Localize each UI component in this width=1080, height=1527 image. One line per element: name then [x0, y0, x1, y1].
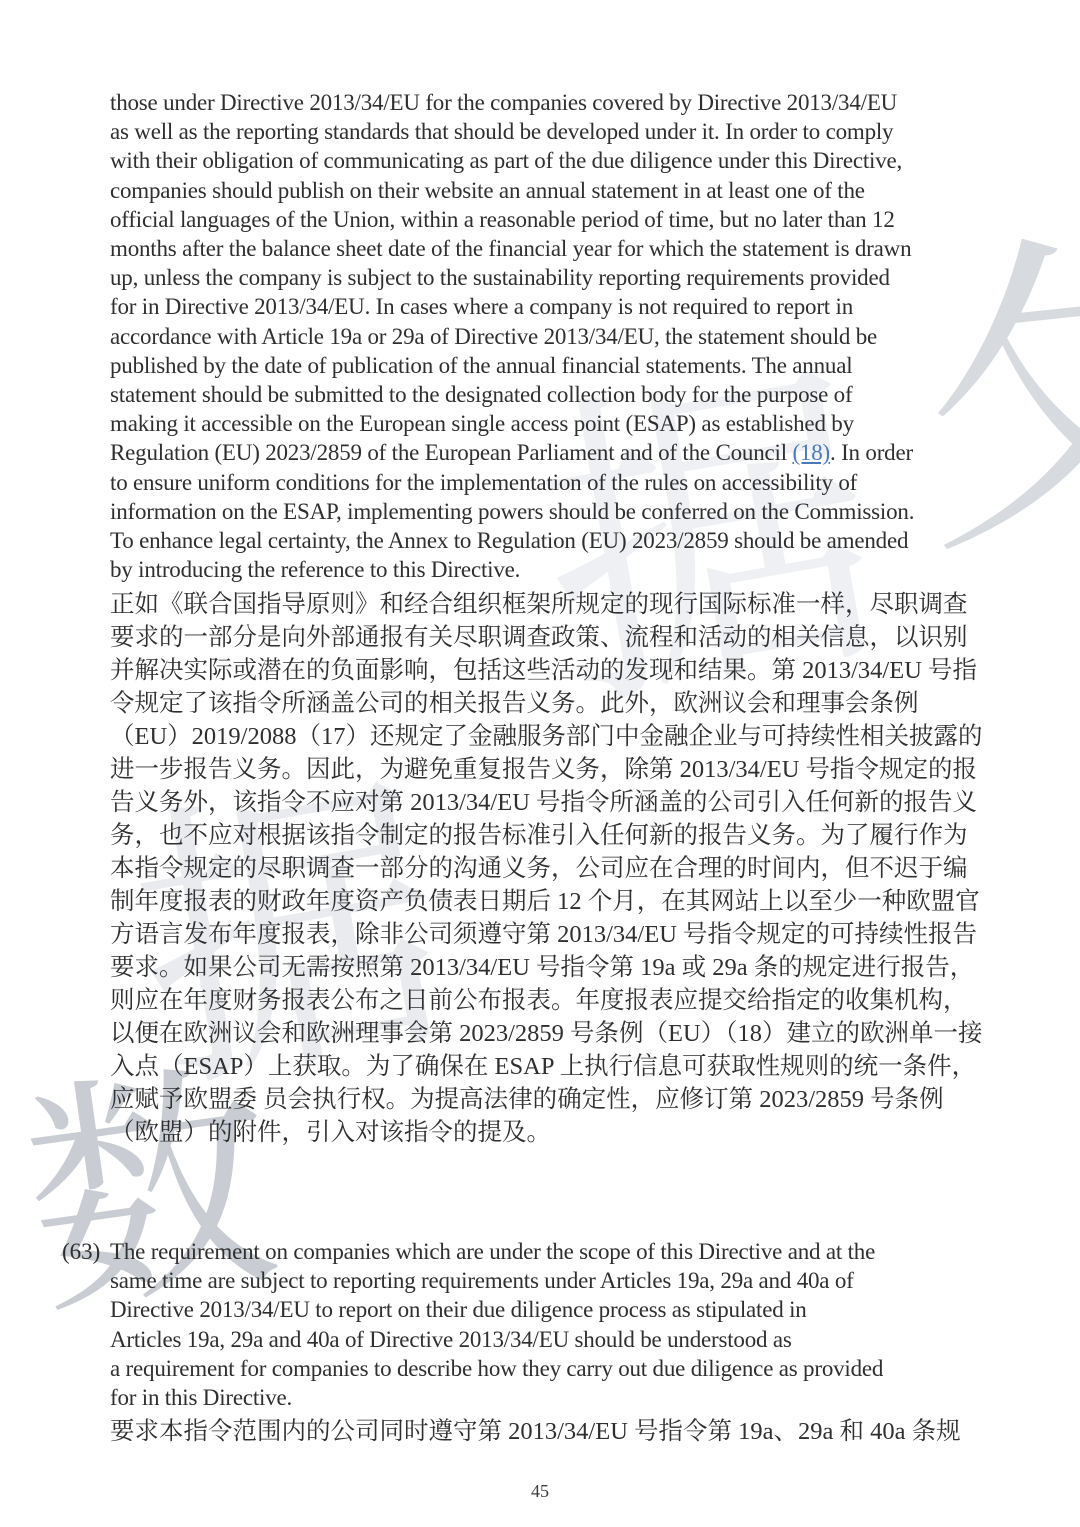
paragraph-chinese: 正如《联合国指导原则》和经合组织框架所规定的现行国际标准一样，尽职调查要求的一部…: [110, 588, 1030, 1149]
text-line: 本指令规定的尽职调查一部分的沟通义务，公司应在合理的时间内，但不迟于编: [110, 852, 1030, 885]
text-segment: . In order: [830, 440, 913, 465]
text-line: 务，也不应对根据该指令制定的报告标准引入任何新的报告义务。为了履行作为: [110, 819, 1030, 852]
text-line: 要求。如果公司无需按照第 2013/34/EU 号指令第 19a 或 29a 条…: [110, 951, 1030, 984]
text-line: a requirement for companies to describe …: [110, 1354, 1025, 1383]
text-line: companies should publish on their websit…: [110, 176, 1025, 205]
paragraph-english: those under Directive 2013/34/EU for the…: [110, 88, 1025, 584]
text-line: published by the date of publication of …: [110, 351, 1025, 380]
page-number: 45: [0, 1481, 1080, 1502]
text-line: 令规定了该指令所涵盖公司的相关报告义务。此外，欧洲议会和理事会条例: [110, 687, 1030, 720]
text-line: for in this Directive.: [110, 1383, 1025, 1412]
text-line: 应赋予欧盟委 员会执行权。为提高法律的确定性，应修订第 2023/2859 号条…: [110, 1083, 1030, 1116]
text-line: The requirement on companies which are u…: [110, 1237, 1025, 1266]
text-line: same time are subject to reporting requi…: [110, 1266, 1025, 1295]
text-line: those under Directive 2013/34/EU for the…: [110, 88, 1025, 117]
text-line: making it accessible on the European sin…: [110, 409, 1025, 438]
text-line: 要求本指令范围内的公司同时遵守第 2013/34/EU 号指令第 19a、29a…: [110, 1415, 1030, 1448]
item-63-number: (63): [62, 1237, 100, 1266]
text-line: 要求的一部分是向外部通报有关尽职调查政策、流程和活动的相关信息，以识别: [110, 621, 1030, 654]
item-63: (63) The requirement on companies which …: [0, 1237, 1035, 1448]
footnote-link-18[interactable]: (18): [792, 440, 830, 465]
text-line: accordance with Article 19a or 29a of Di…: [110, 322, 1025, 351]
text-line: 进一步报告义务。因此，为避免重复报告义务，除第 2013/34/EU 号指令规定…: [110, 753, 1030, 786]
text-line: To enhance legal certainty, the Annex to…: [110, 526, 1025, 555]
text-line: 制年度报表的财政年度资产负债表日期后 12 个月，在其网站上以至少一种欧盟官: [110, 885, 1030, 918]
text-line: information on the ESAP, implementing po…: [110, 497, 1025, 526]
text-line: with their obligation of communicating a…: [110, 146, 1025, 175]
text-line: as well as the reporting standards that …: [110, 117, 1025, 146]
text-line: for in Directive 2013/34/EU. In cases wh…: [110, 292, 1025, 321]
text-segment: Regulation (EU) 2023/2859 of the Europea…: [110, 440, 792, 465]
text-line: （欧盟）的附件，引入对该指令的提及。: [110, 1116, 1030, 1149]
text-line: 以便在欧洲议会和欧洲理事会第 2023/2859 号条例（EU）（18）建立的欧…: [110, 1017, 1030, 1050]
text-line: 入点（ESAP）上获取。为了确保在 ESAP 上执行信息可获取性规则的统一条件，: [110, 1050, 1030, 1083]
text-line: Regulation (EU) 2023/2859 of the Europea…: [110, 438, 1025, 467]
text-line: 告义务外，该指令不应对第 2013/34/EU 号指令所涵盖的公司引入任何新的报…: [110, 786, 1030, 819]
item-63-english: The requirement on companies which are u…: [110, 1237, 1025, 1412]
text-layer: those under Directive 2013/34/EU for the…: [0, 0, 1080, 1527]
text-line: to ensure uniform conditions for the imp…: [110, 468, 1025, 497]
text-line: statement should be submitted to the des…: [110, 380, 1025, 409]
text-line: 则应在年度财务报表公布之日前公布报表。年度报表应提交给指定的收集机构，: [110, 984, 1030, 1017]
item-63-chinese: 要求本指令范围内的公司同时遵守第 2013/34/EU 号指令第 19a、29a…: [110, 1415, 1030, 1448]
text-line: official languages of the Union, within …: [110, 205, 1025, 234]
text-line: by introducing the reference to this Dir…: [110, 555, 1025, 584]
text-line: up, unless the company is subject to the…: [110, 263, 1025, 292]
text-line: Articles 19a, 29a and 40a of Directive 2…: [110, 1325, 1025, 1354]
text-line: months after the balance sheet date of t…: [110, 234, 1025, 263]
text-line: 正如《联合国指导原则》和经合组织框架所规定的现行国际标准一样，尽职调查: [110, 588, 1030, 621]
text-line: 并解决实际或潜在的负面影响，包括这些活动的发现和结果。第 2013/34/EU …: [110, 654, 1030, 687]
text-line: 方语言发布年度报表，除非公司须遵守第 2013/34/EU 号指令规定的可持续性…: [110, 918, 1030, 951]
text-line: Directive 2013/34/EU to report on their …: [110, 1295, 1025, 1324]
document-page: 据 据 攵 数 those under Directive 2013/34/EU…: [0, 0, 1080, 1527]
text-line: （EU）2019/2088（17）还规定了金融服务部门中金融企业与可持续性相关披…: [110, 720, 1030, 753]
